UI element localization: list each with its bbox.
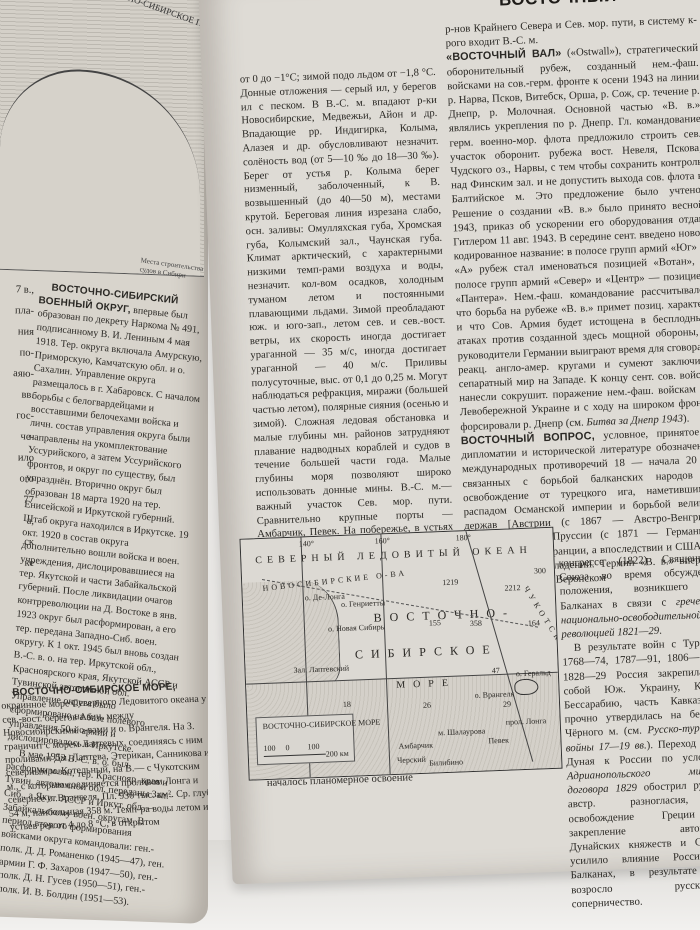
map-title: ВОСТОЧНО-СИБИРСКОЕ ПЛАВАНИЕ (92, 0, 208, 43)
question-paragraph-2: В результате войн с Турцией 1768—74, 178… (562, 636, 700, 912)
entry-east-siberian-sea: ВОСТОЧНО-СИБИРСКОЕ МОРЕ, окраинное море … (0, 679, 208, 836)
east-siberian-sea-map: 140° 160° 180° СЕВЕРНЫЙ ЛЕДОВИТЫЙ ОКЕАН … (239, 527, 562, 781)
lon-label: 160° (374, 536, 390, 546)
page-number: 383 (623, 0, 649, 4)
running-head: ВОСТОЧНЫЙ (499, 0, 617, 10)
map-legend: ВОСТОЧНО-СИБИРСКОЕ МОРЕ 100 0 100 200 км (255, 714, 355, 766)
lon-label: 180° (455, 533, 471, 543)
text-column-3: конгрессе (1822) Священного Союза во вре… (558, 550, 700, 911)
place-label: о. Врангеля (474, 689, 514, 700)
fragment: ния (18, 326, 34, 338)
depth: 300 (534, 566, 546, 575)
fragment: пла- (15, 305, 34, 317)
scale-label: 100 (307, 742, 319, 751)
depth: 26 (423, 701, 431, 710)
place-label: прол. Лонга (506, 716, 547, 727)
question-continuation: конгрессе (1822) Священного Союза во вре… (558, 550, 700, 641)
scale-bar (264, 754, 326, 757)
lon-label: 140° (299, 539, 315, 549)
place-label: Билибино (429, 757, 463, 767)
body-text: обострил русско-австр. разногласия, а ос… (568, 779, 700, 911)
place-label: о. Геральд (516, 668, 551, 678)
entry-body: окраинное море Северного Ледовитого океа… (1, 694, 208, 833)
scale-label: 200 км (326, 749, 349, 759)
depth: 2212 (504, 583, 520, 593)
text-column-2: р-нов Крайнего Севера и Сев. мор. пути, … (445, 13, 700, 590)
fragment: 7 в., (16, 284, 34, 296)
right-page: ВОСТОЧНЫЙ 383 от 0 до −1°С; зимой подо л… (198, 0, 700, 884)
depth: 47 (492, 666, 500, 675)
scale-label: 100 (263, 744, 275, 753)
left-page: ВОСТОЧНО-СИБИРСКОЕ ПЛАВАНИЕ Места строит… (0, 0, 208, 924)
left-page-map: ВОСТОЧНО-СИБИРСКОЕ ПЛАВАНИЕ Места строит… (0, 0, 204, 277)
scale-label: 0 (285, 743, 289, 752)
german-term: («Ostwall») (567, 45, 619, 59)
punct: ). (683, 412, 690, 424)
place-label: Амбарчик (398, 741, 433, 751)
place-label: м. Шалаурова (438, 727, 485, 738)
entry-body: , стратегический оборонительный рубеж, с… (446, 42, 700, 433)
fragment: по- (20, 347, 34, 359)
depth: 29 (503, 700, 511, 709)
depth: 358 (470, 619, 482, 628)
entry-eastern-wall: «ВОСТОЧНЫЙ ВАЛ» («Ostwall»), стратегичес… (446, 41, 700, 434)
place-label: Певек (488, 736, 509, 746)
depth: 155 (429, 618, 441, 627)
punct: . (659, 625, 662, 637)
depth: 1219 (442, 577, 458, 587)
place-label: Черский (397, 755, 426, 765)
depth: 18 (343, 700, 351, 709)
sea-label-3: МОРЕ (396, 678, 456, 691)
map-land-area (0, 67, 200, 276)
fragment: аяю- (13, 368, 34, 380)
